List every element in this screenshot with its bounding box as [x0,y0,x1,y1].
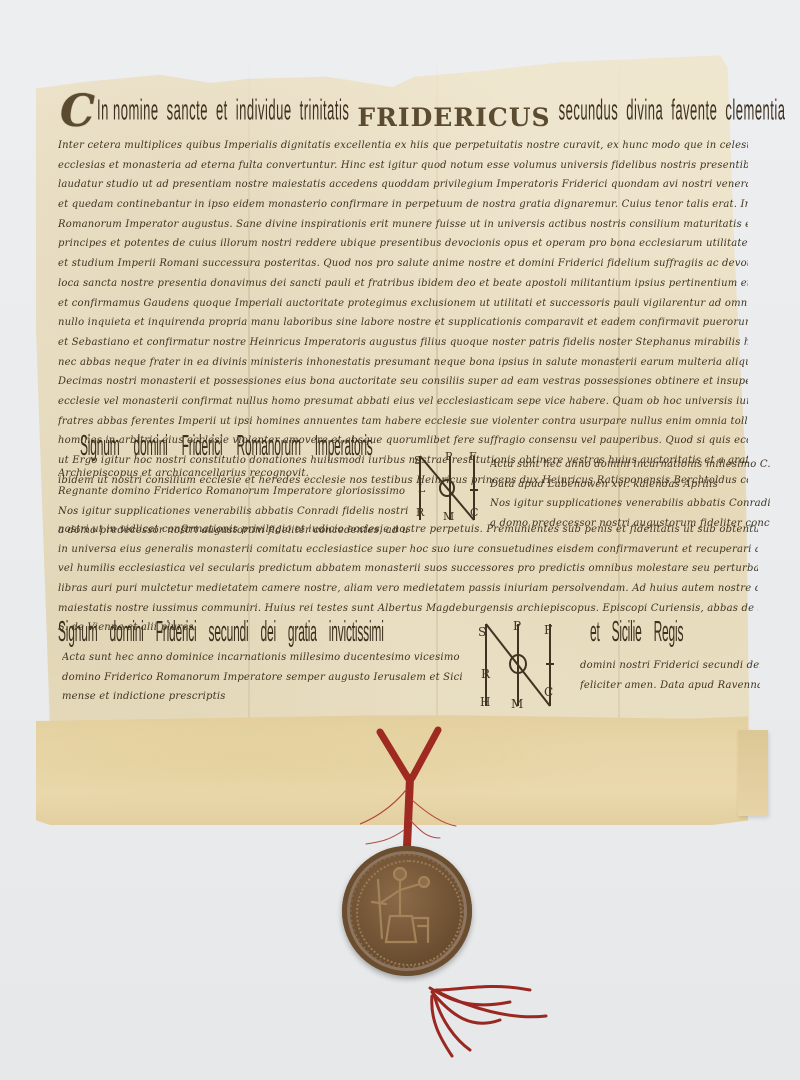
text-line: nullo inquieta et inquirenda propria man… [58,313,748,333]
title-word: favente [671,93,717,126]
svg-text:S: S [414,454,422,467]
text-line: Romanorum Imperator augustus. Sane divin… [58,215,748,235]
text-line: Decimas nostri monasterii et possessione… [58,372,748,392]
signum-word: domini [110,614,144,648]
plica-flap [738,730,768,816]
svg-text:H: H [480,695,490,709]
text-line: ecclesias et monasteria ad eterna fulta … [58,156,748,176]
monogram-1-icon: S P F L R M C [410,450,490,530]
signum-word: gratia [288,614,317,648]
signum-word: secundi [209,614,249,648]
text-line: in universa eius generalis monasterii co… [58,540,758,560]
text-line: feliciter amen. Data apud Ravennam anno [580,676,760,696]
text-line: et confirmamus Gaudens quoque Imperiali … [58,294,748,314]
text-line: mense et indictione prescriptis [62,687,462,707]
title-word: secundus [559,93,619,126]
dating-block-2: Acta sunt hec anno dominice incarnationi… [62,648,462,707]
signum-word: Friderici [156,614,197,648]
invocation-word: individue [236,93,292,126]
svg-text:C: C [544,685,553,699]
signum-word: et [590,614,600,648]
text-line: libras auri puri mulctetur medietatem ca… [58,579,758,599]
signum-line-2-end: et Sicilie Regis [590,618,683,648]
text-line: Nos igitur supplicationes venerabilis ab… [490,494,770,514]
invocation-word: In nomine [97,93,159,126]
svg-text:F: F [469,450,477,463]
svg-text:P: P [445,450,453,463]
invocation-word: et [216,93,228,126]
text-line: Inter cetera multiplices quibus Imperial… [58,136,748,156]
text-line: domino Friderico Romanorum Imperatore se… [62,668,462,688]
text-line: nostri ut in vidlicet confirmationis pri… [58,520,758,540]
dating-block-2-right: domini nostri Friderici secundi dei grat… [580,656,760,695]
signum-word: invictissimi [329,614,384,648]
text-line: Regnante domino Friderico Romanorum Impe… [58,482,408,502]
monogram-2-icon: S P F R H M C [474,620,566,714]
text-line: Acta sunt hec anno domini incarnationis … [490,455,770,475]
text-line: Archiepiscopus et archicancellarius reco… [58,464,398,484]
text-line: principes et potentes de cuius illorum n… [58,234,748,254]
text-line: et studium Imperii Romani successura pos… [58,254,748,274]
imperial-monogram-1: S P F L R M C [410,450,490,530]
ruler-name: FRIDERICUS [357,103,550,132]
svg-text:S: S [478,625,486,639]
svg-text:L: L [418,482,426,495]
signum-word: Signum [58,614,98,648]
svg-text:R: R [481,667,491,681]
charter-heading: C In nomine sancte et individue trinitat… [60,92,750,132]
signum-word: domini [134,428,168,462]
signum-word: Imperatoris [315,428,373,462]
photo-stage: C In nomine sancte et individue trinitat… [0,0,800,1080]
text-line: nec abbas neque frater in ea divinis min… [58,353,748,373]
text-line: loca sancta nostre presentia donavimus d… [58,274,748,294]
signum-word: Sicilie [612,614,642,648]
svg-text:C: C [470,506,478,519]
invocation-word: trinitatis [300,93,350,126]
text-line: vel humilis ecclesiastica vel secularis … [58,559,758,579]
invocation-word: sancte [167,93,208,126]
signum-line-1: Signum domini Friderici Romanorum Impera… [80,432,373,462]
svg-text:P: P [513,620,521,633]
signum-word: dei [261,614,276,648]
imperial-monogram-2: S P F R H M C [474,620,566,714]
text-line: laudatur studio ut ad presentiam nostre … [58,175,748,195]
svg-text:M: M [511,697,523,711]
signum-word: Regis [654,614,684,648]
text-line: Data apud Lubenowen xvi. kalendas Aprili… [490,475,770,495]
text-line: et quedam continebantur in ipso eidem mo… [58,195,748,215]
signum-word: Friderici [182,428,223,462]
wax-seal [342,846,472,976]
text-line: Nos igitur supplicationes venerabilis ab… [58,502,408,522]
svg-text:F: F [544,623,552,637]
signum-word: Signum [80,428,120,462]
text-line: domini nostri Friderici secundi dei grat… [580,656,760,676]
signum-word: Romanorum [237,428,301,462]
svg-text:R: R [416,506,425,519]
decorated-initial: C [60,92,89,132]
signum-line-2: Signum domini Friderici secundi dei grat… [58,618,384,648]
title-word: divina [626,93,663,126]
title-word: clementia [725,93,785,126]
text-line: Acta sunt hec anno dominice incarnationi… [62,648,462,668]
text-line: et Sebastiano et confirmatur nostre Hein… [58,333,748,353]
text-line: ecclesie vel monasterii confirmat nullus… [58,392,748,412]
enthroned-emperor-icon [342,846,472,976]
